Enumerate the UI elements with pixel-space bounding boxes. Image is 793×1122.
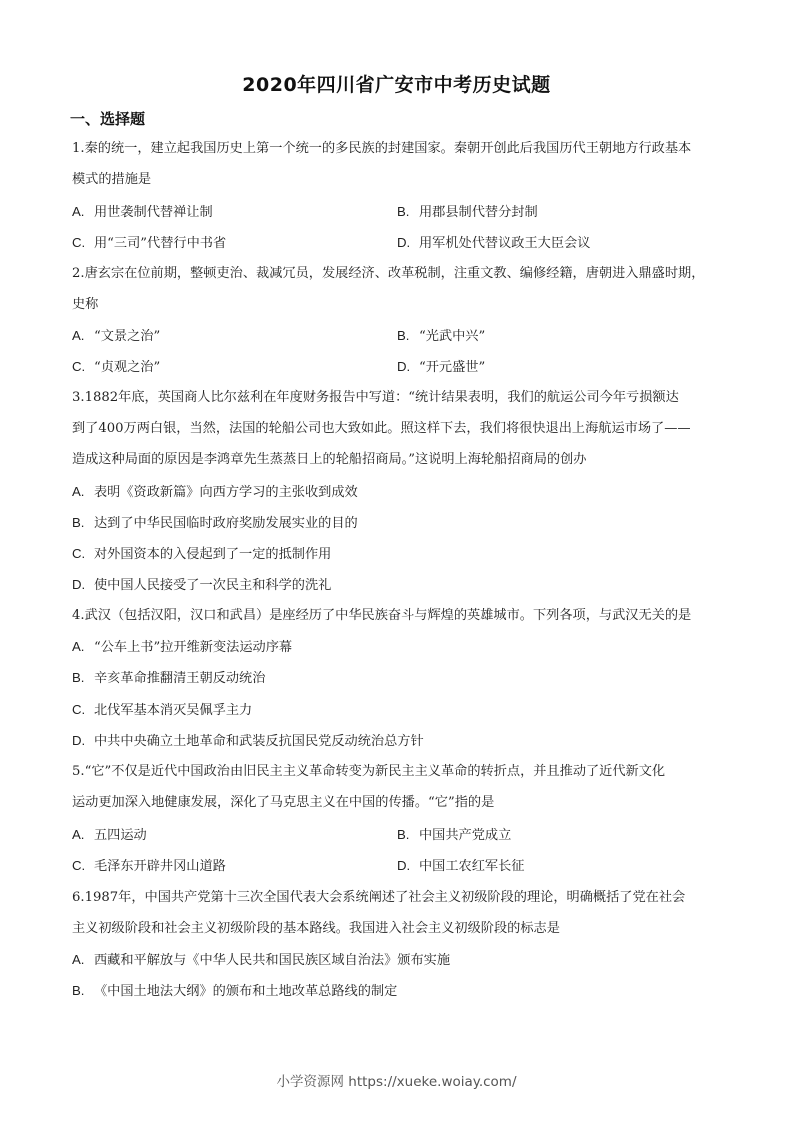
question-2-line-2: 史称 [72, 296, 98, 314]
question-4-option-b: B.辛亥革命推翻清王朝反动统治 [72, 669, 265, 688]
question-4-line-1: 4.武汉（包括汉阳，汉口和武昌）是座经历了中华民族奋斗与辉煌的英雄城市。下列各项… [72, 607, 691, 625]
question-1-option-b: B.用郡县制代替分封制 [397, 203, 538, 222]
footer-watermark: 小学资源网 https://xueke.woiay.com/ [0, 1070, 793, 1090]
question-5-option-a: A.五四运动 [72, 826, 147, 845]
question-5-option-c: C.毛泽东开辟井冈山道路 [72, 857, 226, 876]
question-1-option-c: C.用“三司”代替行中书省 [72, 234, 226, 253]
question-5-line-1: 5.“它”不仅是近代中国政治由旧民主主义革命转变为新民主主义革命的转折点，并且推… [72, 763, 665, 781]
question-3-option-b: B.达到了中华民国临时政府奖励发展实业的目的 [72, 514, 358, 533]
question-5-line-2: 运动更加深入地健康发展，深化了马克思主义在中国的传播。“它”指的是 [72, 794, 494, 812]
question-6-line-1: 6.1987年，中国共产党第十三次全国代表大会系统阐述了社会主义初级阶段的理论，… [72, 889, 685, 907]
question-6-line-2: 主义初级阶段和社会主义初级阶段的基本路线。我国进入社会主义初级阶段的标志是 [72, 920, 560, 938]
question-1-line-1: 1.秦的统一，建立起我国历史上第一个统一的多民族的封建国家。秦朝开创此后我国历代… [72, 140, 691, 158]
question-2-option-b: B.“光武中兴” [397, 327, 485, 346]
question-2-option-a: A.“文景之治” [72, 327, 160, 346]
question-3-line-1: 3.1882年底，英国商人比尔兹利在年度财务报告中写道：“统计结果表明，我们的航… [72, 389, 679, 407]
question-4-option-a: A.“公车上书”拉开维新变法运动序幕 [72, 638, 292, 657]
section-heading: 一、选择题 [70, 108, 145, 129]
question-5-option-d: D.中国工农红军长征 [397, 857, 525, 876]
question-4-option-d: D.中共中央确立土地革命和武装反抗国民党反动统治总方针 [72, 732, 424, 751]
question-2-line-1: 2.唐玄宗在位前期，整顿吏治、裁减冗员，发展经济、改革税制，注重文教、编修经籍，… [72, 265, 704, 283]
question-1-line-2: 模式的措施是 [72, 171, 151, 189]
question-3-line-2: 到了400万两白银，当然，法国的轮船公司也大致如此。照这样下去，我们将很快退出上… [72, 420, 691, 438]
question-1-option-a: A.用世袭制代替禅让制 [72, 203, 213, 222]
question-6-option-b: B.《中国土地法大纲》的颁布和土地改革总路线的制定 [72, 982, 397, 1001]
question-1-option-d: D.用军机处代替议政王大臣会议 [397, 234, 590, 253]
question-2-option-c: C.“贞观之治” [72, 358, 160, 377]
page-title: 2020年四川省广安市中考历史试题 [0, 70, 793, 97]
question-5-option-b: B.中国共产党成立 [397, 826, 511, 845]
question-3-option-c: C.对外国资本的入侵起到了一定的抵制作用 [72, 545, 331, 564]
question-3-line-3: 造成这种局面的原因是李鸿章先生蒸蒸日上的轮船招商局。”这说明上海轮船招商局的创办 [72, 451, 586, 469]
question-3-option-d: D.使中国人民接受了一次民主和科学的洗礼 [72, 576, 331, 595]
exam-page: 2020年四川省广安市中考历史试题 一、选择题 1.秦的统一，建立起我国历史上第… [0, 0, 793, 1122]
question-3-option-a: A.表明《资政新篇》向西方学习的主张收到成效 [72, 483, 358, 502]
question-4-option-c: C.北伐军基本消灭吴佩孚主力 [72, 701, 252, 720]
question-2-option-d: D.“开元盛世” [397, 358, 485, 377]
question-6-option-a: A.西藏和平解放与《中华人民共和国民族区域自治法》颁布实施 [72, 951, 450, 970]
